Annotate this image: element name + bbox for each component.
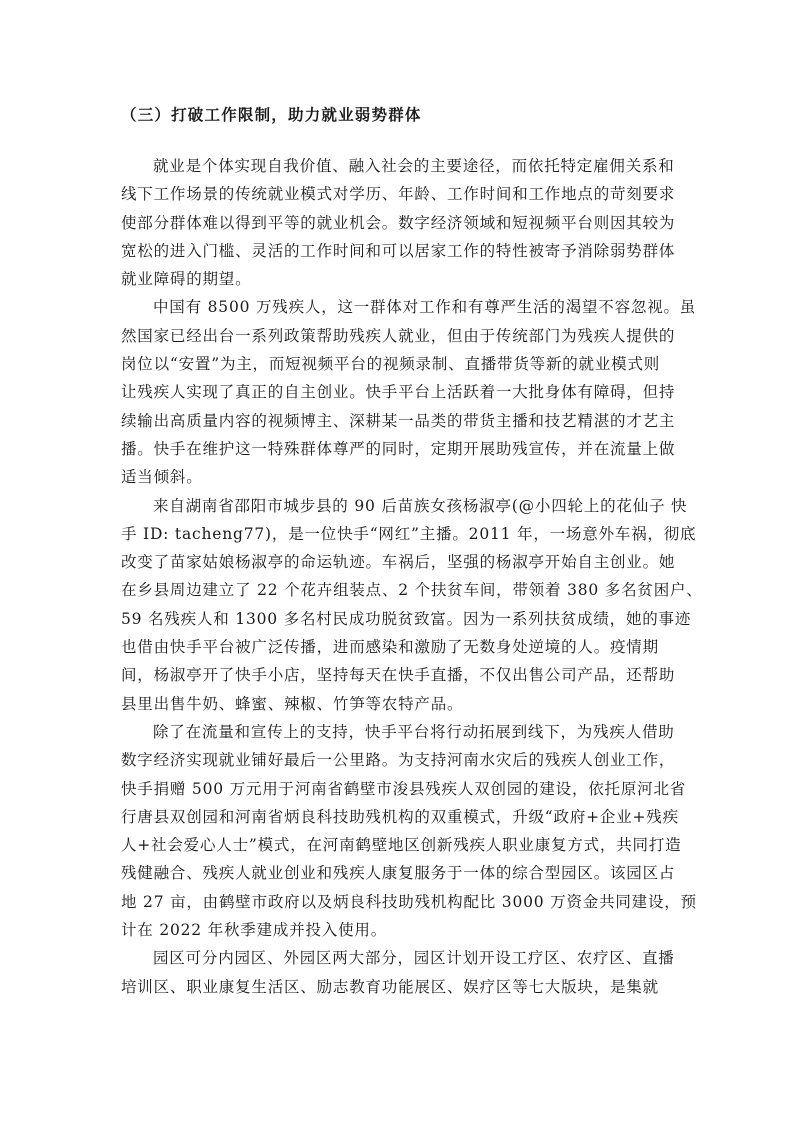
- section-heading: （三）打破工作限制，助力就业弱势群体: [121, 103, 422, 125]
- paragraph-1: 就业是个体实现自我价值、融入社会的主要途径，而依托特定雇佣关系和 线下工作场景的…: [121, 152, 666, 293]
- text-line: 在乡县周边建立了 22 个花卉组装点、2 个扶贫车间，带领着 380 多名贫困户…: [121, 576, 666, 604]
- paragraph-5: 园区可分内园区、外园区两大部分，园区计划开设工疗区、农疗区、直播 培训区、职业康…: [121, 944, 666, 1001]
- text-line: 让残疾人实现了真正的自主创业。快手平台上活跃着一大批身体有障碍，但持: [121, 378, 666, 406]
- text-line: 岗位以“安置”为主，而短视频平台的视频录制、直播带货等新的就业模式则: [121, 350, 666, 378]
- text-line: 来自湖南省邵阳市城步县的 90 后苗族女孩杨淑亭(@小四轮上的花仙子 快: [121, 492, 666, 520]
- text-line: 线下工作场景的传统就业模式对学历、年龄、工作时间和工作地点的苛刻要求: [121, 180, 666, 208]
- text-line: 快手捐赠 500 万元用于河南省鹤壁市浚县残疾人双创园的建设，依托原河北省: [121, 775, 666, 803]
- paragraph-4: 除了在流量和宣传上的支持，快手平台将行动拓展到线下，为残疾人借助 数字经济实现就…: [121, 718, 666, 944]
- text-line: 手 ID: tacheng77)，是一位快手“网红”主播。2011 年，一场意外…: [121, 520, 666, 548]
- paragraph-3: 来自湖南省邵阳市城步县的 90 后苗族女孩杨淑亭(@小四轮上的花仙子 快 手 I…: [121, 492, 666, 718]
- text-line: 使部分群体难以得到平等的就业机会。数字经济领域和短视频平台则因其较为: [121, 209, 666, 237]
- text-line: 除了在流量和宣传上的支持，快手平台将行动拓展到线下，为残疾人借助: [121, 718, 666, 746]
- document-page: （三）打破工作限制，助力就业弱势群体 就业是个体实现自我价值、融入社会的主要途径…: [0, 0, 793, 1122]
- text-line: 培训区、职业康复生活区、励志教育功能展区、娱疗区等七大版块，是集就: [121, 973, 666, 1001]
- text-line: 园区可分内园区、外园区两大部分，园区计划开设工疗区、农疗区、直播: [121, 944, 666, 972]
- text-line: 就业障碍的期望。: [121, 265, 666, 293]
- document-body: 就业是个体实现自我价值、融入社会的主要途径，而依托特定雇佣关系和 线下工作场景的…: [121, 152, 666, 1001]
- text-line: 地 27 亩，由鹤壁市政府以及炳良科技助残机构配比 3000 万资金共同建设，预: [121, 888, 666, 916]
- paragraph-2: 中国有 8500 万残疾人，这一群体对工作和有尊严生活的渴望不容忽视。虽 然国家…: [121, 293, 666, 491]
- text-line: 计在 2022 年秋季建成并投入使用。: [121, 916, 666, 944]
- text-line: 59 名残疾人和 1300 多名村民成功脱贫致富。因为一系列扶贫成绩，她的事迹: [121, 605, 666, 633]
- text-line: 也借由快手平台被广泛传播，进而感染和激励了无数身处逆境的人。疫情期: [121, 633, 666, 661]
- text-line: 宽松的进入门槛、灵活的工作时间和可以居家工作的特性被寄予消除弱势群体: [121, 237, 666, 265]
- text-line: 县里出售牛奶、蜂蜜、辣椒、竹笋等农特产品。: [121, 690, 666, 718]
- text-line: 残健融合、残疾人就业创业和残疾人康复服务于一体的综合型园区。该园区占: [121, 859, 666, 887]
- text-line: 就业是个体实现自我价值、融入社会的主要途径，而依托特定雇佣关系和: [121, 152, 666, 180]
- text-line: 续输出高质量内容的视频博主、深耕某一品类的带货主播和技艺精湛的才艺主: [121, 407, 666, 435]
- text-line: 间，杨淑亭开了快手小店，坚持每天在快手直播，不仅出售公司产品，还帮助: [121, 661, 666, 689]
- text-line: 然国家已经出台一系列政策帮助残疾人就业，但由于传统部门为残疾人提供的: [121, 322, 666, 350]
- text-line: 适当倾斜。: [121, 463, 666, 491]
- text-line: 改变了苗家姑娘杨淑亭的命运轨迹。车祸后，坚强的杨淑亭开始自主创业。她: [121, 548, 666, 576]
- text-line: 中国有 8500 万残疾人，这一群体对工作和有尊严生活的渴望不容忽视。虽: [121, 293, 666, 321]
- text-line: 人+社会爱心人士”模式，在河南鹤壁地区创新残疾人职业康复方式，共同打造: [121, 831, 666, 859]
- text-line: 数字经济实现就业铺好最后一公里路。为支持河南水灾后的残疾人创业工作，: [121, 746, 666, 774]
- text-line: 行唐县双创园和河南省炳良科技助残机构的双重模式，升级“政府+企业+残疾: [121, 803, 666, 831]
- text-line: 播。快手在维护这一特殊群体尊严的同时，定期开展助残宣传，并在流量上做: [121, 435, 666, 463]
